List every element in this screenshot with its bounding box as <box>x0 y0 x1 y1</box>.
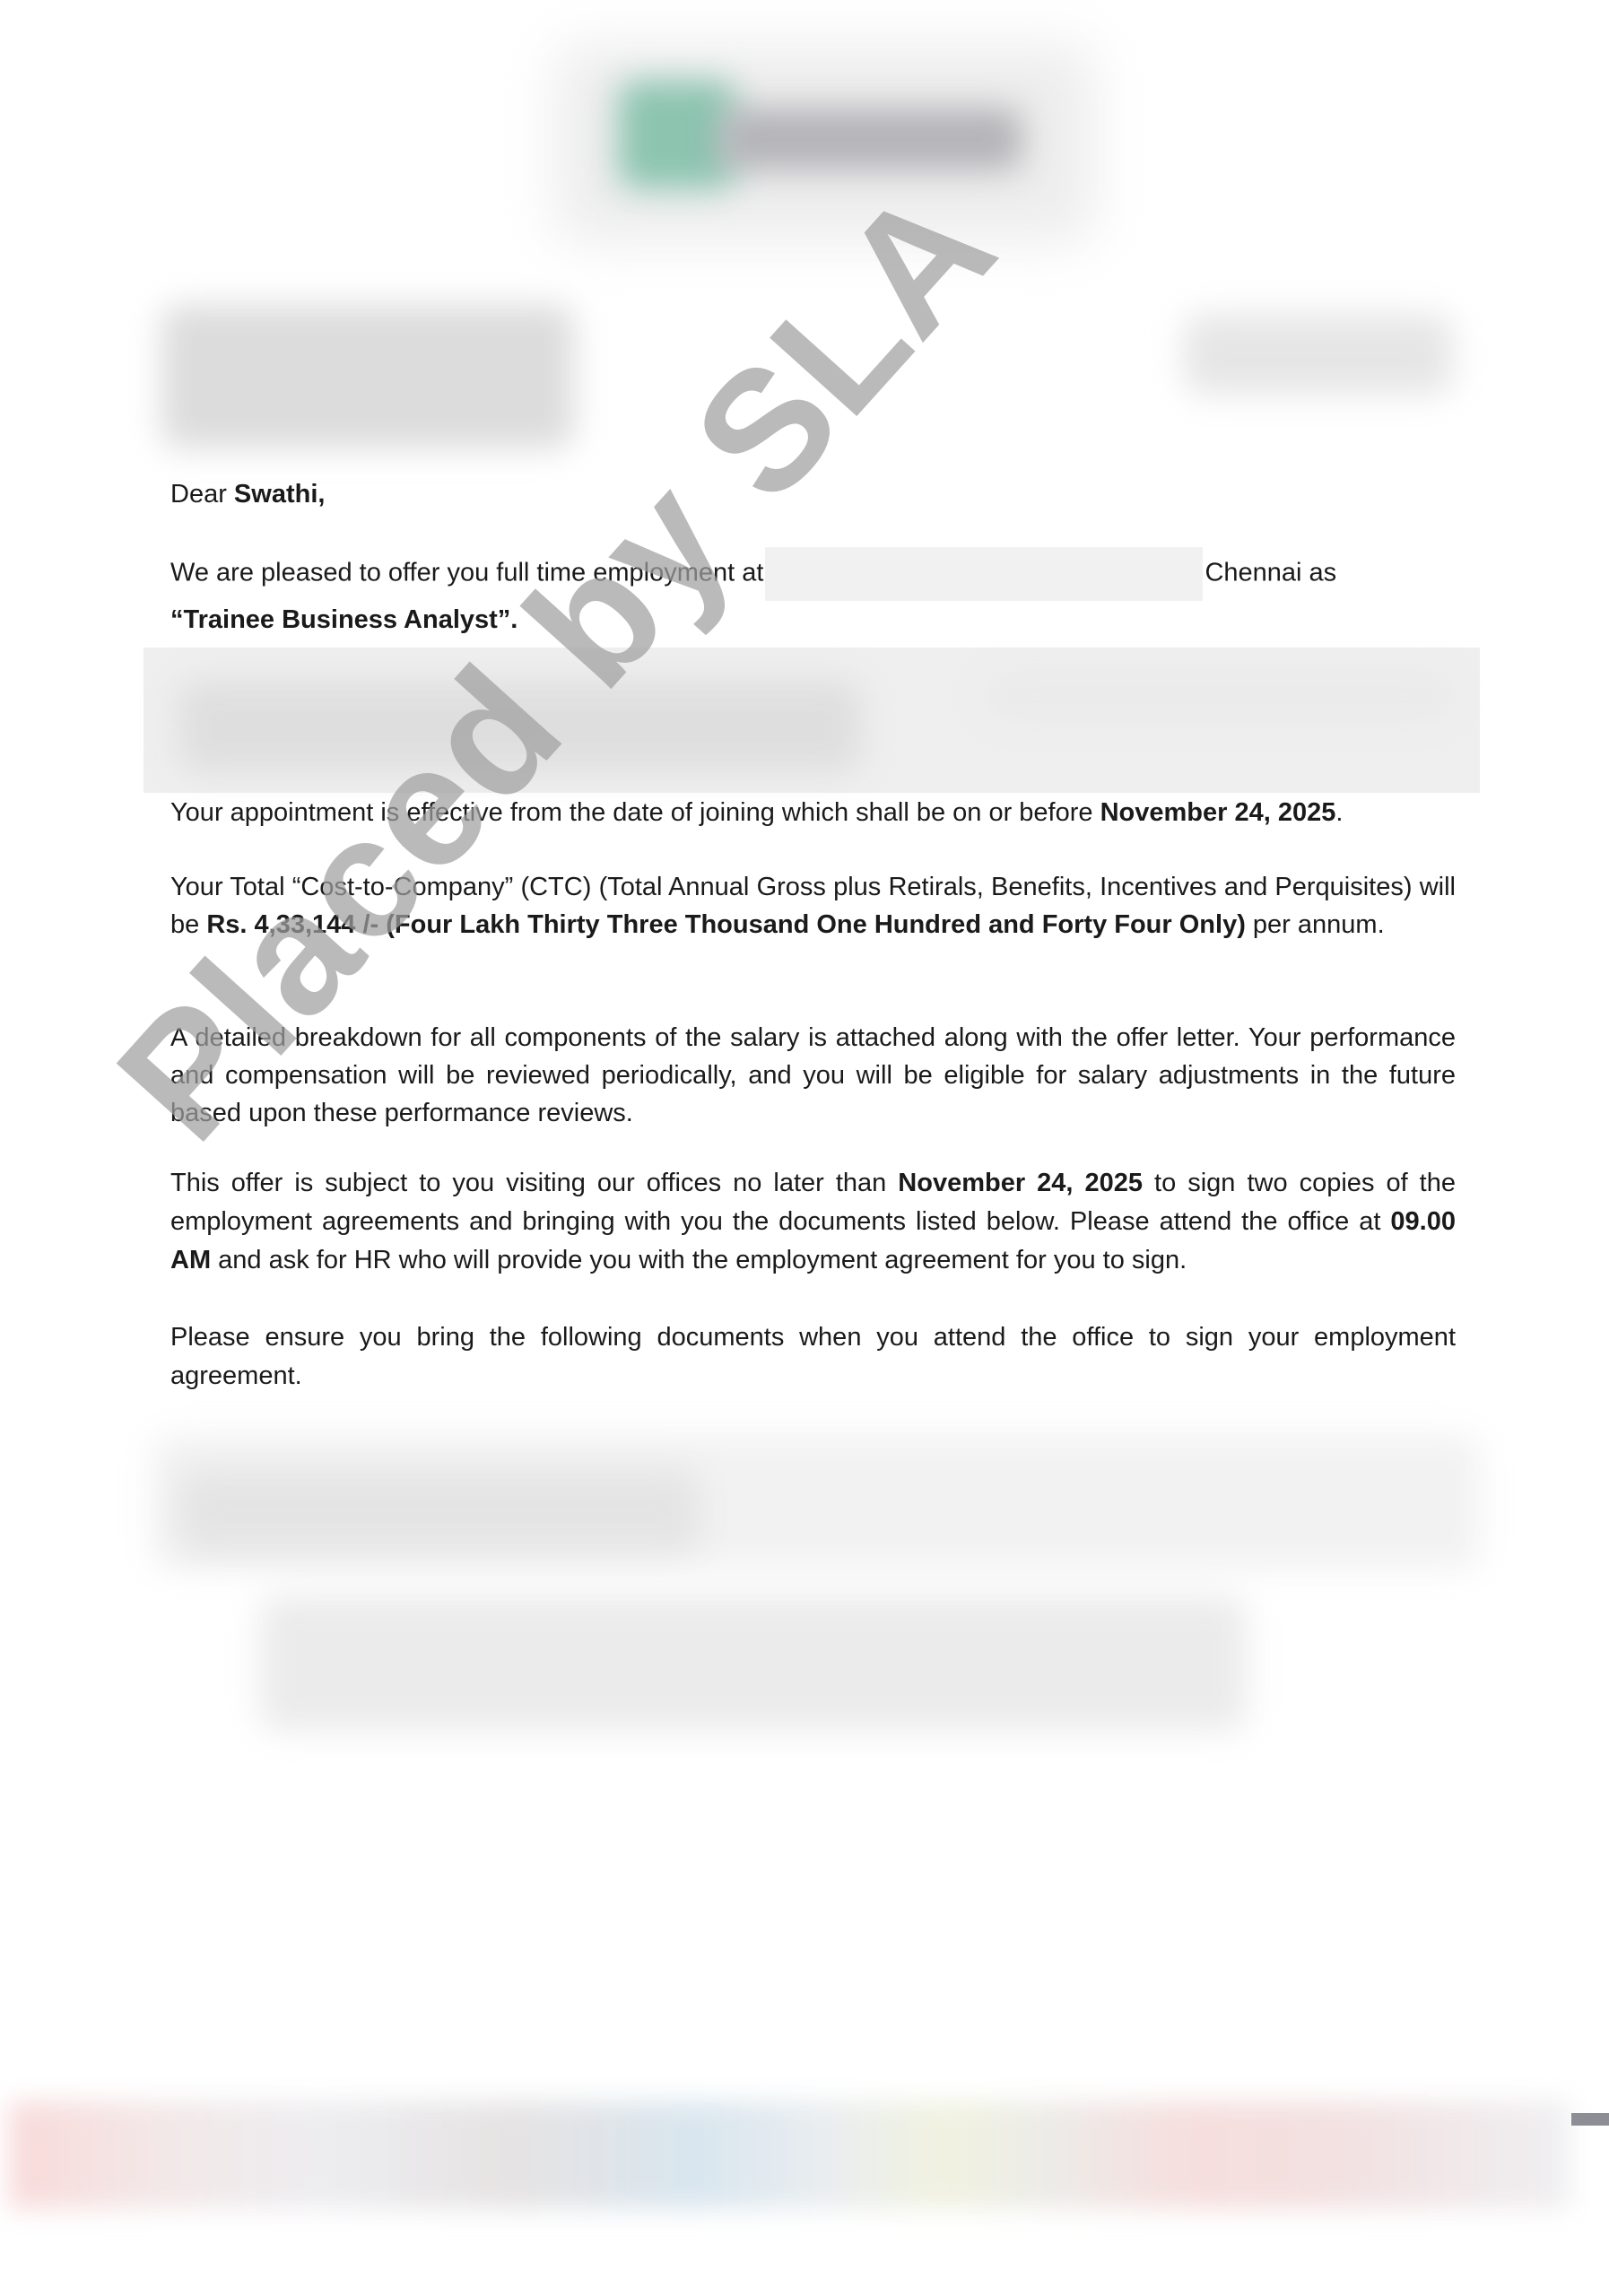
visit-deadline: November 24, 2025 <box>898 1169 1143 1197</box>
redacted-paragraph-text <box>179 682 861 771</box>
ctc-paragraph: Your Total “Cost-to-Company” (CTC) (Tota… <box>170 868 1456 944</box>
effective-date-paragraph: Your appointment is effective from the d… <box>170 794 1456 831</box>
salutation: Dear <box>170 480 227 509</box>
date-block-redacted <box>1184 314 1453 395</box>
job-title: “Trainee Business Analyst”. <box>170 605 517 634</box>
offer-paragraph: We are pleased to offer you full time em… <box>170 547 1456 639</box>
effective-text: Your appointment is effective from the d… <box>170 798 1093 827</box>
offer-text: We are pleased to offer you full time em… <box>170 559 763 587</box>
company-logo-text-redacted <box>718 108 1022 170</box>
ctc-period: per annum. <box>1253 910 1385 939</box>
documents-paragraph: Please ensure you bring the following do… <box>170 1318 1456 1396</box>
recipient-name: Swathi, <box>234 480 326 509</box>
footer-redacted <box>9 2101 1570 2209</box>
documents-list-redacted <box>260 1596 1247 1731</box>
ctc-amount: Rs. 4,33,144 /- (Four Lakh Thirty Three … <box>206 910 1246 939</box>
visit-paragraph: This offer is subject to you visiting ou… <box>170 1164 1456 1280</box>
offer-location: Chennai as <box>1205 559 1336 587</box>
company-name-redacted <box>765 547 1203 601</box>
visit-text-end: and ask for HR who will provide you with… <box>218 1246 1187 1274</box>
breakdown-paragraph: A detailed breakdown for all components … <box>170 1019 1456 1132</box>
page-edge-tab <box>1571 2113 1609 2126</box>
period: . <box>1335 798 1343 827</box>
visit-text: This offer is subject to you visiting ou… <box>170 1169 886 1197</box>
redacted-paragraph-text <box>987 673 1453 717</box>
address-block-redacted <box>161 305 574 448</box>
documents-list-redacted <box>179 1471 700 1552</box>
greeting: Dear Swathi, <box>170 480 325 509</box>
joining-date: November 24, 2025 <box>1100 798 1336 827</box>
